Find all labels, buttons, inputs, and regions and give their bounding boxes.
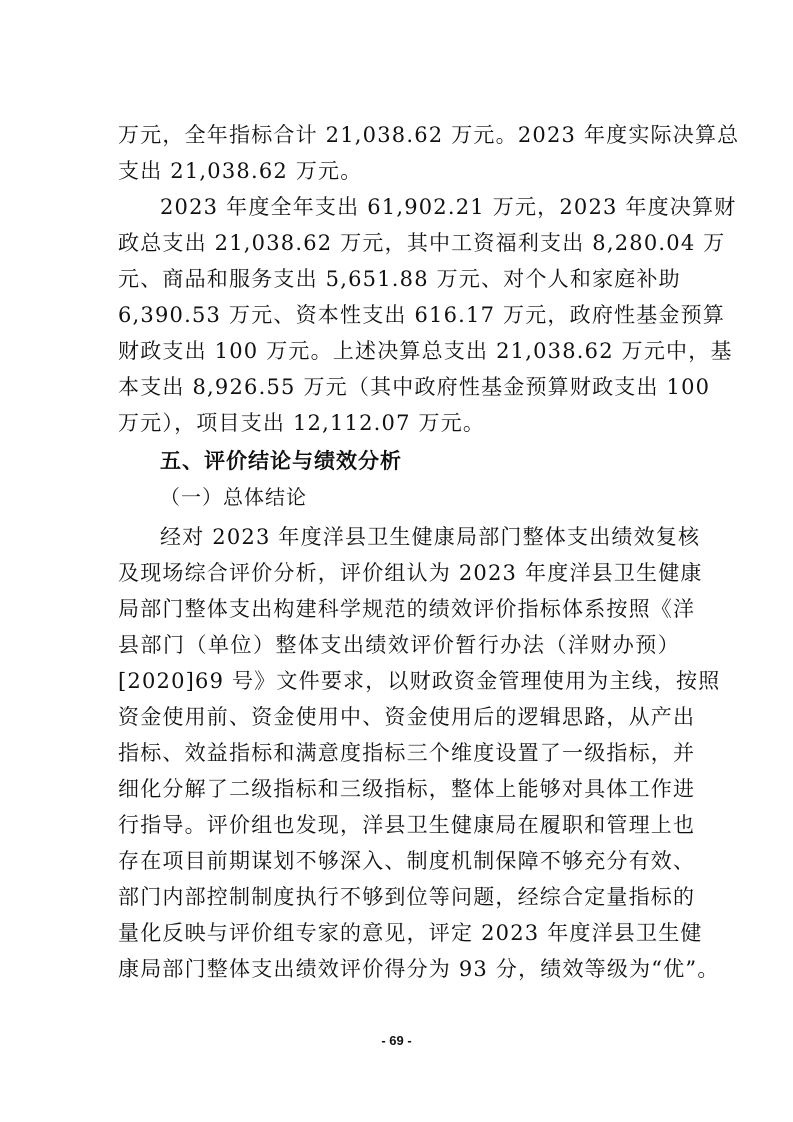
text-line: 6,390.53 万元、资本性支出 616.17 万元，政府性基金预算 bbox=[118, 297, 680, 333]
text-line: 财政支出 100 万元。上述决算总支出 21,038.62 万元中，基 bbox=[118, 333, 680, 369]
text-line: 部门内部控制制度执行不够到位等问题，经综合定量指标的 bbox=[118, 879, 680, 915]
text-line: 支出 21,038.62 万元。 bbox=[118, 153, 680, 189]
text-line: 细化分解了二级指标和三级指标，整体上能够对具体工作进 bbox=[118, 771, 680, 807]
text-line: 政总支出 21,038.62 万元，其中工资福利支出 8,280.04 万 bbox=[118, 225, 680, 261]
section-heading: 五、评价结论与绩效分析 bbox=[160, 443, 402, 479]
text-line: 2023 年度全年支出 61,902.21 万元，2023 年度决算财 bbox=[160, 189, 680, 225]
text-line: 本支出 8,926.55 万元（其中政府性基金预算财政支出 100 bbox=[118, 369, 680, 405]
text-line: 经对 2023 年度洋县卫生健康局部门整体支出绩效复核 bbox=[160, 519, 680, 555]
text-line: 资金使用前、资金使用中、资金使用后的逻辑思路，从产出 bbox=[118, 699, 680, 735]
text-line: 万元，全年指标合计 21,038.62 万元。2023 年度实际决算总 bbox=[118, 117, 680, 153]
subsection-heading: （一）总体结论 bbox=[160, 479, 307, 515]
text-line: [2020]69 号》文件要求，以财政资金管理使用为主线，按照 bbox=[118, 663, 680, 699]
text-line: 量化反映与评价组专家的意见，评定 2023 年度洋县卫生健 bbox=[118, 915, 680, 951]
text-line: 存在项目前期谋划不够深入、制度机制保障不够充分有效、 bbox=[118, 843, 680, 879]
text-line: 万元），项目支出 12,112.07 万元。 bbox=[118, 405, 680, 441]
text-line: 及现场综合评价分析，评价组认为 2023 年度洋县卫生健康 bbox=[118, 555, 680, 591]
document-page: 万元，全年指标合计 21,038.62 万元。2023 年度实际决算总 支出 2… bbox=[0, 0, 793, 1122]
text-line: 县部门（单位）整体支出绩效评价暂行办法（洋财办预） bbox=[118, 627, 680, 663]
text-line: 元、商品和服务支出 5,651.88 万元、对个人和家庭补助 bbox=[118, 261, 680, 297]
text-line: 指标、效益指标和满意度指标三个维度设置了一级指标，并 bbox=[118, 735, 680, 771]
text-line: 行指导。评价组也发现，洋县卫生健康局在履职和管理上也 bbox=[118, 807, 680, 843]
text-line: 康局部门整体支出绩效评价得分为 93 分，绩效等级为“优”。 bbox=[118, 951, 680, 987]
text-line: 局部门整体支出构建科学规范的绩效评价指标体系按照《洋 bbox=[118, 591, 680, 627]
page-number: - 69 - bbox=[0, 1033, 793, 1048]
